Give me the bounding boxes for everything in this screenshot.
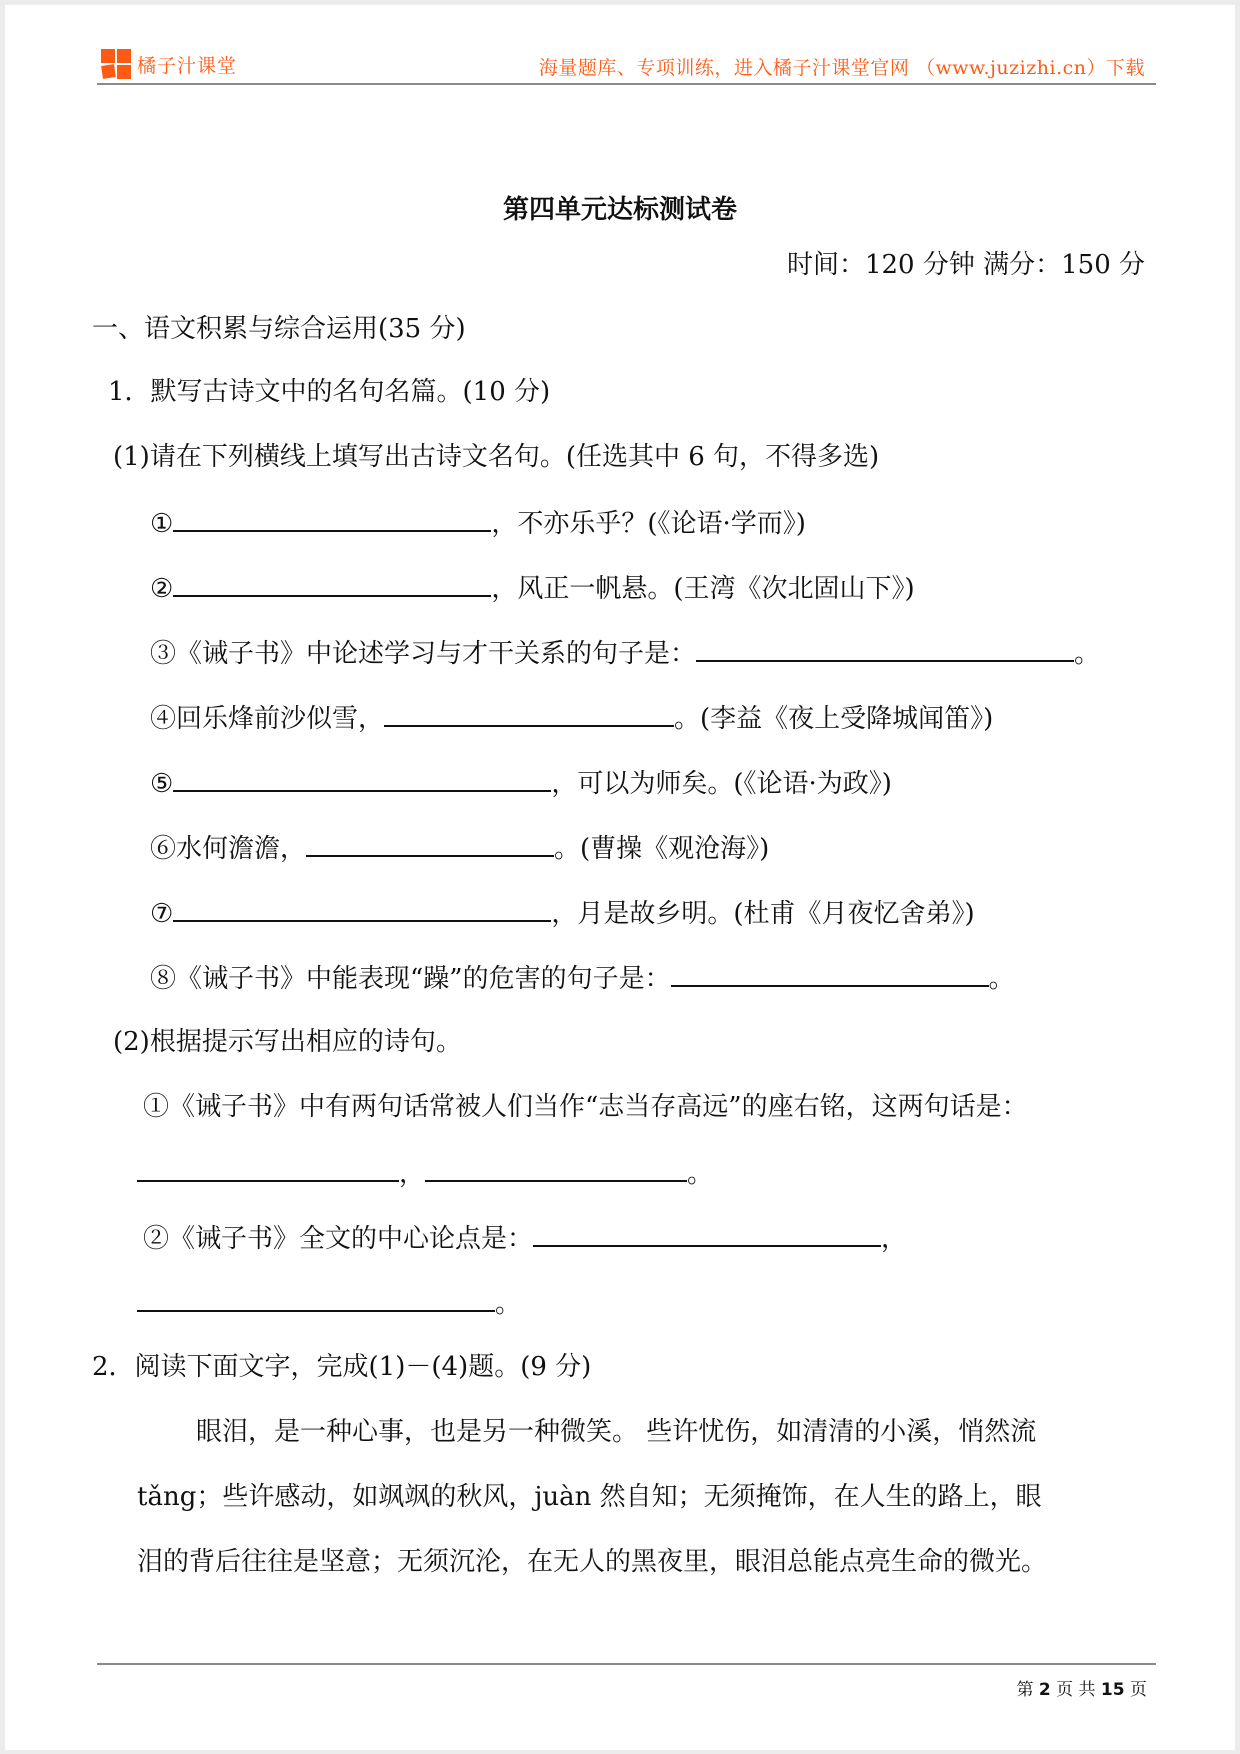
- answer-blank[interactable]: [425, 1156, 687, 1182]
- answer-blank[interactable]: [671, 961, 989, 987]
- part-2-heading: (2)根据提示写出相应的诗句。: [113, 1026, 462, 1058]
- fill-item-1: ①，不亦乐乎？(《论语·学而》): [150, 506, 806, 540]
- answer-blank[interactable]: [173, 896, 551, 922]
- answer-blank[interactable]: [696, 636, 1074, 662]
- answer-blank[interactable]: [173, 506, 491, 532]
- passage-line: tǎng；些许感动，如飒飒的秋风，juàn 然自知；无须掩饰，在人生的路上，眼: [137, 1481, 1042, 1513]
- logo-icon: [101, 49, 131, 79]
- answer-blank[interactable]: [137, 1286, 495, 1312]
- footer-divider: [97, 1663, 1156, 1665]
- fill-item-6: ⑥水何澹澹，。(曹操《观沧海》): [150, 831, 769, 865]
- document-page: 橘子汁课堂 海量题库、专项训练，进入橘子汁课堂官网 （www.juzizhi.c…: [5, 5, 1235, 1750]
- fill-item-7: ⑦，月是故乡明。(杜甫《月夜忆舍弟》): [150, 896, 975, 930]
- answer-blank[interactable]: [306, 831, 554, 857]
- answer-blank[interactable]: [533, 1221, 881, 1247]
- answer-blank[interactable]: [137, 1156, 399, 1182]
- exam-title: 第四单元达标测试卷: [5, 189, 1235, 226]
- fill-item-8: ⑧《诫子书》中能表现“躁”的危害的句子是：。: [150, 961, 1015, 995]
- question-1-heading: 1．默写古诗文中的名句名篇。(10 分): [108, 376, 550, 408]
- part-2-item-2: ②《诫子书》全文的中心论点是：，: [143, 1221, 907, 1255]
- header-divider: [97, 83, 1156, 85]
- fill-item-4: ④回乐烽前沙似雪，。(李益《夜上受降城闻笛》): [150, 701, 993, 735]
- fill-item-5: ⑤，可以为师矣。(《论语·为政》): [150, 766, 892, 800]
- passage-line: 眼泪，是一种心事，也是另一种微笑。 些许忧伤，如清清的小溪，悄然流: [196, 1416, 1036, 1448]
- answer-blank[interactable]: [173, 571, 491, 597]
- section-heading: 一、语文积累与综合运用(35 分): [92, 313, 466, 345]
- header-slogan: 海量题库、专项训练，进入橘子汁课堂官网 （www.juzizhi.cn）下载: [539, 53, 1145, 80]
- header-logo: 橘子汁课堂: [101, 49, 237, 79]
- fill-item-3: ③《诫子书》中论述学习与才干关系的句子是：。: [150, 636, 1100, 670]
- answer-blank[interactable]: [384, 701, 674, 727]
- part-2-item-1: ①《诫子书》中有两句话常被人们当作“志当存高远”的座右铭，这两句话是：: [143, 1091, 1028, 1123]
- page-number: 第 2 页 共 15 页: [1016, 1675, 1147, 1700]
- brand-name: 橘子汁课堂: [137, 51, 237, 78]
- part-1-heading: (1)请在下列横线上填写出古诗文名句。(任选其中 6 句，不得多选): [113, 441, 879, 473]
- exam-meta: 时间：120 分钟 满分：150 分: [787, 249, 1145, 281]
- part-2-item-2-answers: 。: [137, 1286, 521, 1320]
- answer-blank[interactable]: [173, 766, 551, 792]
- fill-item-2: ②，风正一帆悬。(王湾《次北固山下》): [150, 571, 915, 605]
- part-2-item-1-answers: ，。: [137, 1156, 713, 1190]
- passage-line: 泪的背后往往是坚意；无须沉沦，在无人的黑夜里，眼泪总能点亮生命的微光。: [137, 1546, 1047, 1578]
- question-2-heading: 2．阅读下面文字，完成(1)－(4)题。(9 分): [92, 1351, 591, 1383]
